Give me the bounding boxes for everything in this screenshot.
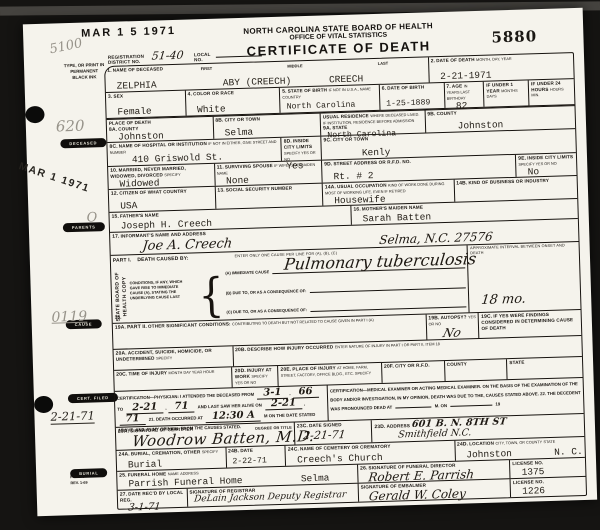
field-residence-state: USUAL RESIDENCE WHERE DECEASED LIVED. IF…: [321, 111, 426, 136]
field-injury-county: COUNTY: [445, 359, 508, 381]
field-date-of-death: 2.DATE OF DEATH MONTH, DAY, YEAR 2-21-19…: [429, 53, 574, 82]
field-residence-county: 9b.COUNTY Johnston: [425, 106, 575, 132]
conditions-note: CONDITIONS, IF ANY, WHICH GAVE RISE TO I…: [130, 280, 185, 301]
field-industry: 14b.KIND OF BUSINESS OR INDUSTRY: [454, 176, 577, 202]
field-occupation: 14a.USUAL OCCUPATION KIND OF WORK DONE D…: [323, 180, 455, 206]
ink-instruction: TYPE, OR PRINT IN PERMANENT BLACK INK: [62, 62, 107, 82]
certificate-paper: MAR 1 5 1971 NORTH CAROLINA STATE BOARD …: [23, 8, 597, 516]
brace-glyph: {: [198, 269, 225, 323]
funeral-home-address: Selma: [301, 473, 330, 483]
field-findings-considered: 19c.IF YES WERE FINDINGS CONSIDERED IN D…: [479, 310, 581, 338]
field-county-of-death: PLACE OF DEATH 8a.COUNTY Johnston: [107, 117, 214, 142]
field-embalmer-license: LICENSE NO. 1226: [511, 477, 586, 497]
interval-value: 18 mo.: [481, 291, 579, 307]
pencil-note-4: 0119: [51, 309, 87, 326]
field-date-received: 27.DATE REC'D BY LOCAL REG. 3-1-71: [118, 489, 188, 509]
field-citizen: 12.CITIZEN OF WHAT COUNTRY USA: [109, 187, 216, 212]
last-seen-date: 2-21: [265, 398, 302, 410]
field-city-of-death: 8b.CITY OR TOWN Selma: [213, 114, 321, 139]
pencil-note-2: 620: [56, 117, 85, 136]
tab-parents: PARENTS: [63, 222, 105, 232]
certificate-form: 1.NAME OF DECEASED FIRST MIDDLE LAST ZEL…: [104, 52, 587, 510]
pencil-note-1: 5100: [48, 36, 83, 57]
field-injury-city-rfd: 20f.CITY OR R.F.D.: [382, 361, 445, 383]
field-autopsy: 19b.AUTOPSY? YES OR NO No: [426, 313, 480, 340]
field-registrar-signature: SIGNATURE OF REGISTRAR DeLain Jackson De…: [187, 484, 359, 507]
field-certification-physician: CERTIFICATION—PHYSICIAN: I ATTENDED THE …: [115, 386, 329, 427]
certificate-number: 5880: [491, 27, 537, 46]
field-state-of-birth: 5.STATE OF BIRTH IF NOT IN U.S.A., NAME …: [280, 85, 380, 113]
cert-filed-date: 2-21-71: [50, 408, 95, 424]
scanned-death-certificate: MAR 1 5 1971 NORTH CAROLINA STATE BOARD …: [0, 0, 600, 530]
hole-punch-top: [25, 106, 44, 124]
side-date-stamp: MAR 1 1971: [17, 160, 91, 195]
local-no-blank: [216, 47, 262, 57]
field-inside-city-limits-residence: 9e.INSIDE CITY LIMITS SPECIFY YES OR NO …: [516, 153, 576, 177]
burial-location-state: N. C.: [554, 446, 583, 456]
immediate-cause-value: Pulmonary tuberculosis: [283, 251, 477, 273]
funeral-home-name: Parrish Funeral Home: [128, 476, 242, 489]
field-burial-type: 24a.BURIAL, CREMATION, OTHER SPECIFY Bur…: [117, 448, 227, 471]
embalmer-signature-value: Gerald W. Coley: [368, 486, 509, 502]
informant-name: Joe A. Creech: [142, 237, 233, 253]
form-number-note: FORM 8 REV. 1-69: [70, 475, 88, 487]
field-marital-status: 10.MARRIED, NEVER MARRIED, WIDOWED, DIVO…: [108, 164, 215, 189]
time-of-death: 12:30 A: [206, 411, 261, 424]
local-no-label: LOCAL NO.: [194, 51, 216, 63]
field-inside-city-limits-death: 8d.INSIDE CITY LIMITS SPECIFY YES OR NO …: [282, 137, 323, 161]
field-sex: 3.SEX Female: [106, 91, 186, 118]
cause-line-c: (c) DUE TO, OR AS A CONSEQUENCE OF:: [226, 296, 467, 314]
field-accident-suicide-homicide: 20a.ACCIDENT, SUICIDE, HOMICIDE, OR UNDE…: [114, 346, 234, 370]
field-time-of-injury: 20c.TIME OF INJURY MONTH DAY YEAR HOUR: [114, 367, 233, 391]
name-last: CREECH: [329, 72, 426, 84]
autopsy-value: No: [441, 326, 478, 339]
received-date-stamp: MAR 1 5 1971: [81, 25, 176, 40]
field-ssn: 13.SOCIAL SECURITY NUMBER: [215, 184, 323, 209]
field-embalmer-signature: SIGNATURE OF EMBALMER Gerald W. Coley: [359, 479, 512, 502]
tab-deceased: DECEASED: [60, 138, 106, 148]
tab-cert-filed: CERT. FILED: [68, 393, 118, 403]
field-age: 7.AGE IN YEARS LAST BIRTHDAY 82: [444, 82, 485, 108]
item-18-number: 18.: [114, 315, 121, 321]
field-injury-state: STATE: [507, 357, 582, 379]
pencil-note-3: O: [86, 210, 97, 225]
informant-address: Selma, N.C. 27576: [378, 231, 493, 246]
field-part1-cause: PART I. DEATH CAUSED BY: ENTER ONLY ONE …: [111, 245, 470, 323]
field-burial-location: 24d.LOCATION CITY, TOWN, OR COUNTY STATE…: [455, 437, 585, 461]
burial-location-county: Johnston: [466, 449, 512, 460]
field-burial-date: 24b.DATE 2-22-71: [226, 446, 286, 468]
field-surviving-spouse: 11.SURVIVING SPOUSE IF WIFE, GIVE MAIDEN…: [215, 161, 323, 186]
field-date-signed: 23c.DATE SIGNED 2-21-71: [295, 420, 373, 444]
field-interval-onset-death: APPROXIMATE INTERVAL BETWEEN ONSET AND D…: [468, 242, 580, 312]
registration-district-value: 51-40: [151, 50, 184, 62]
field-injury-at-work: 20d.INJURY AT WORK SPECIFY YES OR NO: [233, 366, 279, 387]
name-middle: ABY (CREECH): [223, 75, 320, 87]
cause-line-a: (a) IMMEDIATE CAUSE Pulmonary tuberculos…: [225, 258, 466, 276]
field-place-of-injury: 20e.PLACE OF INJURY AT HOME, FARM, STREE…: [278, 363, 382, 386]
field-date-of-birth: 6.DATE OF BIRTH 1-25-1889: [380, 83, 445, 110]
field-under-24-hours: IF UNDER 24 HOURS HOURS MIN.: [529, 79, 575, 105]
field-director-license: LICENSE NO. 1375: [510, 458, 585, 478]
field-race: 4.COLOR OR RACE White: [186, 88, 281, 116]
cause-line-b: (b) DUE TO, OR AS A CONSEQUENCE OF:: [226, 277, 467, 295]
field-under-1-year: IF UNDER 1 YEAR MONTHS DAYS: [484, 80, 530, 106]
name-first: ZELPHIA: [117, 78, 214, 90]
